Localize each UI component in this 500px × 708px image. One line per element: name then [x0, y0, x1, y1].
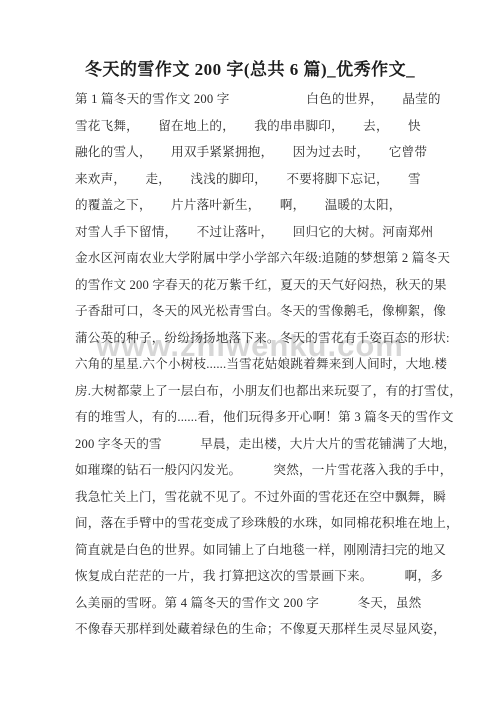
text-line: 恢复成白茫茫的一片，我 打算把这次的雪景画下来。 啊，多	[75, 563, 436, 590]
text-line: 么美丽的雪呀。第 4 篇冬天的雪作文 200 字 冬天，虽然	[75, 590, 436, 617]
text-line: 来欢声， 走， 浅浅的脚印， 不要将脚下忘记， 雪	[75, 166, 436, 193]
text-line: 房.大树都蒙上了一层白布，小朋友们也都出来玩耍了，有的打雪仗，	[75, 378, 436, 405]
text-line: 第 1 篇冬天的雪作文 200 字 白色的世界， 晶莹的	[75, 86, 436, 113]
document-body: 第 1 篇冬天的雪作文 200 字 白色的世界， 晶莹的 雪花飞舞， 留在地上的…	[75, 86, 436, 643]
page-title: 冬天的雪作文 200 字(总共 6 篇)_优秀作文_	[0, 0, 500, 82]
text-line: 的覆盖之下， 片片落叶新生， 啊， 温暖的太阳，	[75, 192, 436, 219]
text-line: 融化的雪人， 用双手紧紧拥抱， 因为过去时， 它曾带	[75, 139, 436, 166]
text-line: 对雪人手下留情， 不过让落叶， 回归它的大树。河南郑州	[75, 219, 436, 246]
text-line: 有的堆雪人，有的......看，他们玩得多开心啊！第 3 篇冬天的雪作文	[75, 404, 436, 431]
text-line: 如璀璨的钻石一般闪闪发光。 突然，一片雪花落入我的手中，	[75, 457, 436, 484]
text-line: 不像春天那样到处藏着绿色的生命；不像夏天那样生灵尽显风姿，	[75, 616, 436, 643]
text-line: 简直就是白色的世界。如同铺上了白地毯一样，刚刚清扫完的地又	[75, 537, 436, 564]
text-line: 子香甜可口，冬天的风光松青雪白。冬天的雪像鹅毛，像柳絮，像	[75, 298, 436, 325]
text-line: 金水区河南农业大学附属中学小学部六年级:追随的梦想第 2 篇冬天	[75, 245, 436, 272]
text-line: 蒲公英的种子，纷纷扬扬地落下来。冬天的雪花有千姿百态的形状:	[75, 325, 436, 352]
text-line: 六角的星星.六个小树枝......当雪花姑娘跳着舞来到人间时，大地.楼	[75, 351, 436, 378]
text-line: 的雪作文 200 字春天的花万紫千红，夏天的天气好闷热，秋天的果	[75, 272, 436, 299]
text-line: 200 字冬天的雪 早晨，走出楼，大片大片的雪花铺满了大地，	[75, 431, 436, 458]
text-line: 间，落在手臂中的雪花变成了珍珠般的水珠，如同棉花积堆在地上，	[75, 510, 436, 537]
text-line: 雪花飞舞， 留在地上的， 我的串串脚印， 去， 快	[75, 113, 436, 140]
document-page: www.zhiwenku.com 冬天的雪作文 200 字(总共 6 篇)_优秀…	[0, 0, 500, 708]
text-line: 我急忙关上门，雪花就不见了。不过外面的雪花还在空中飘舞，瞬	[75, 484, 436, 511]
